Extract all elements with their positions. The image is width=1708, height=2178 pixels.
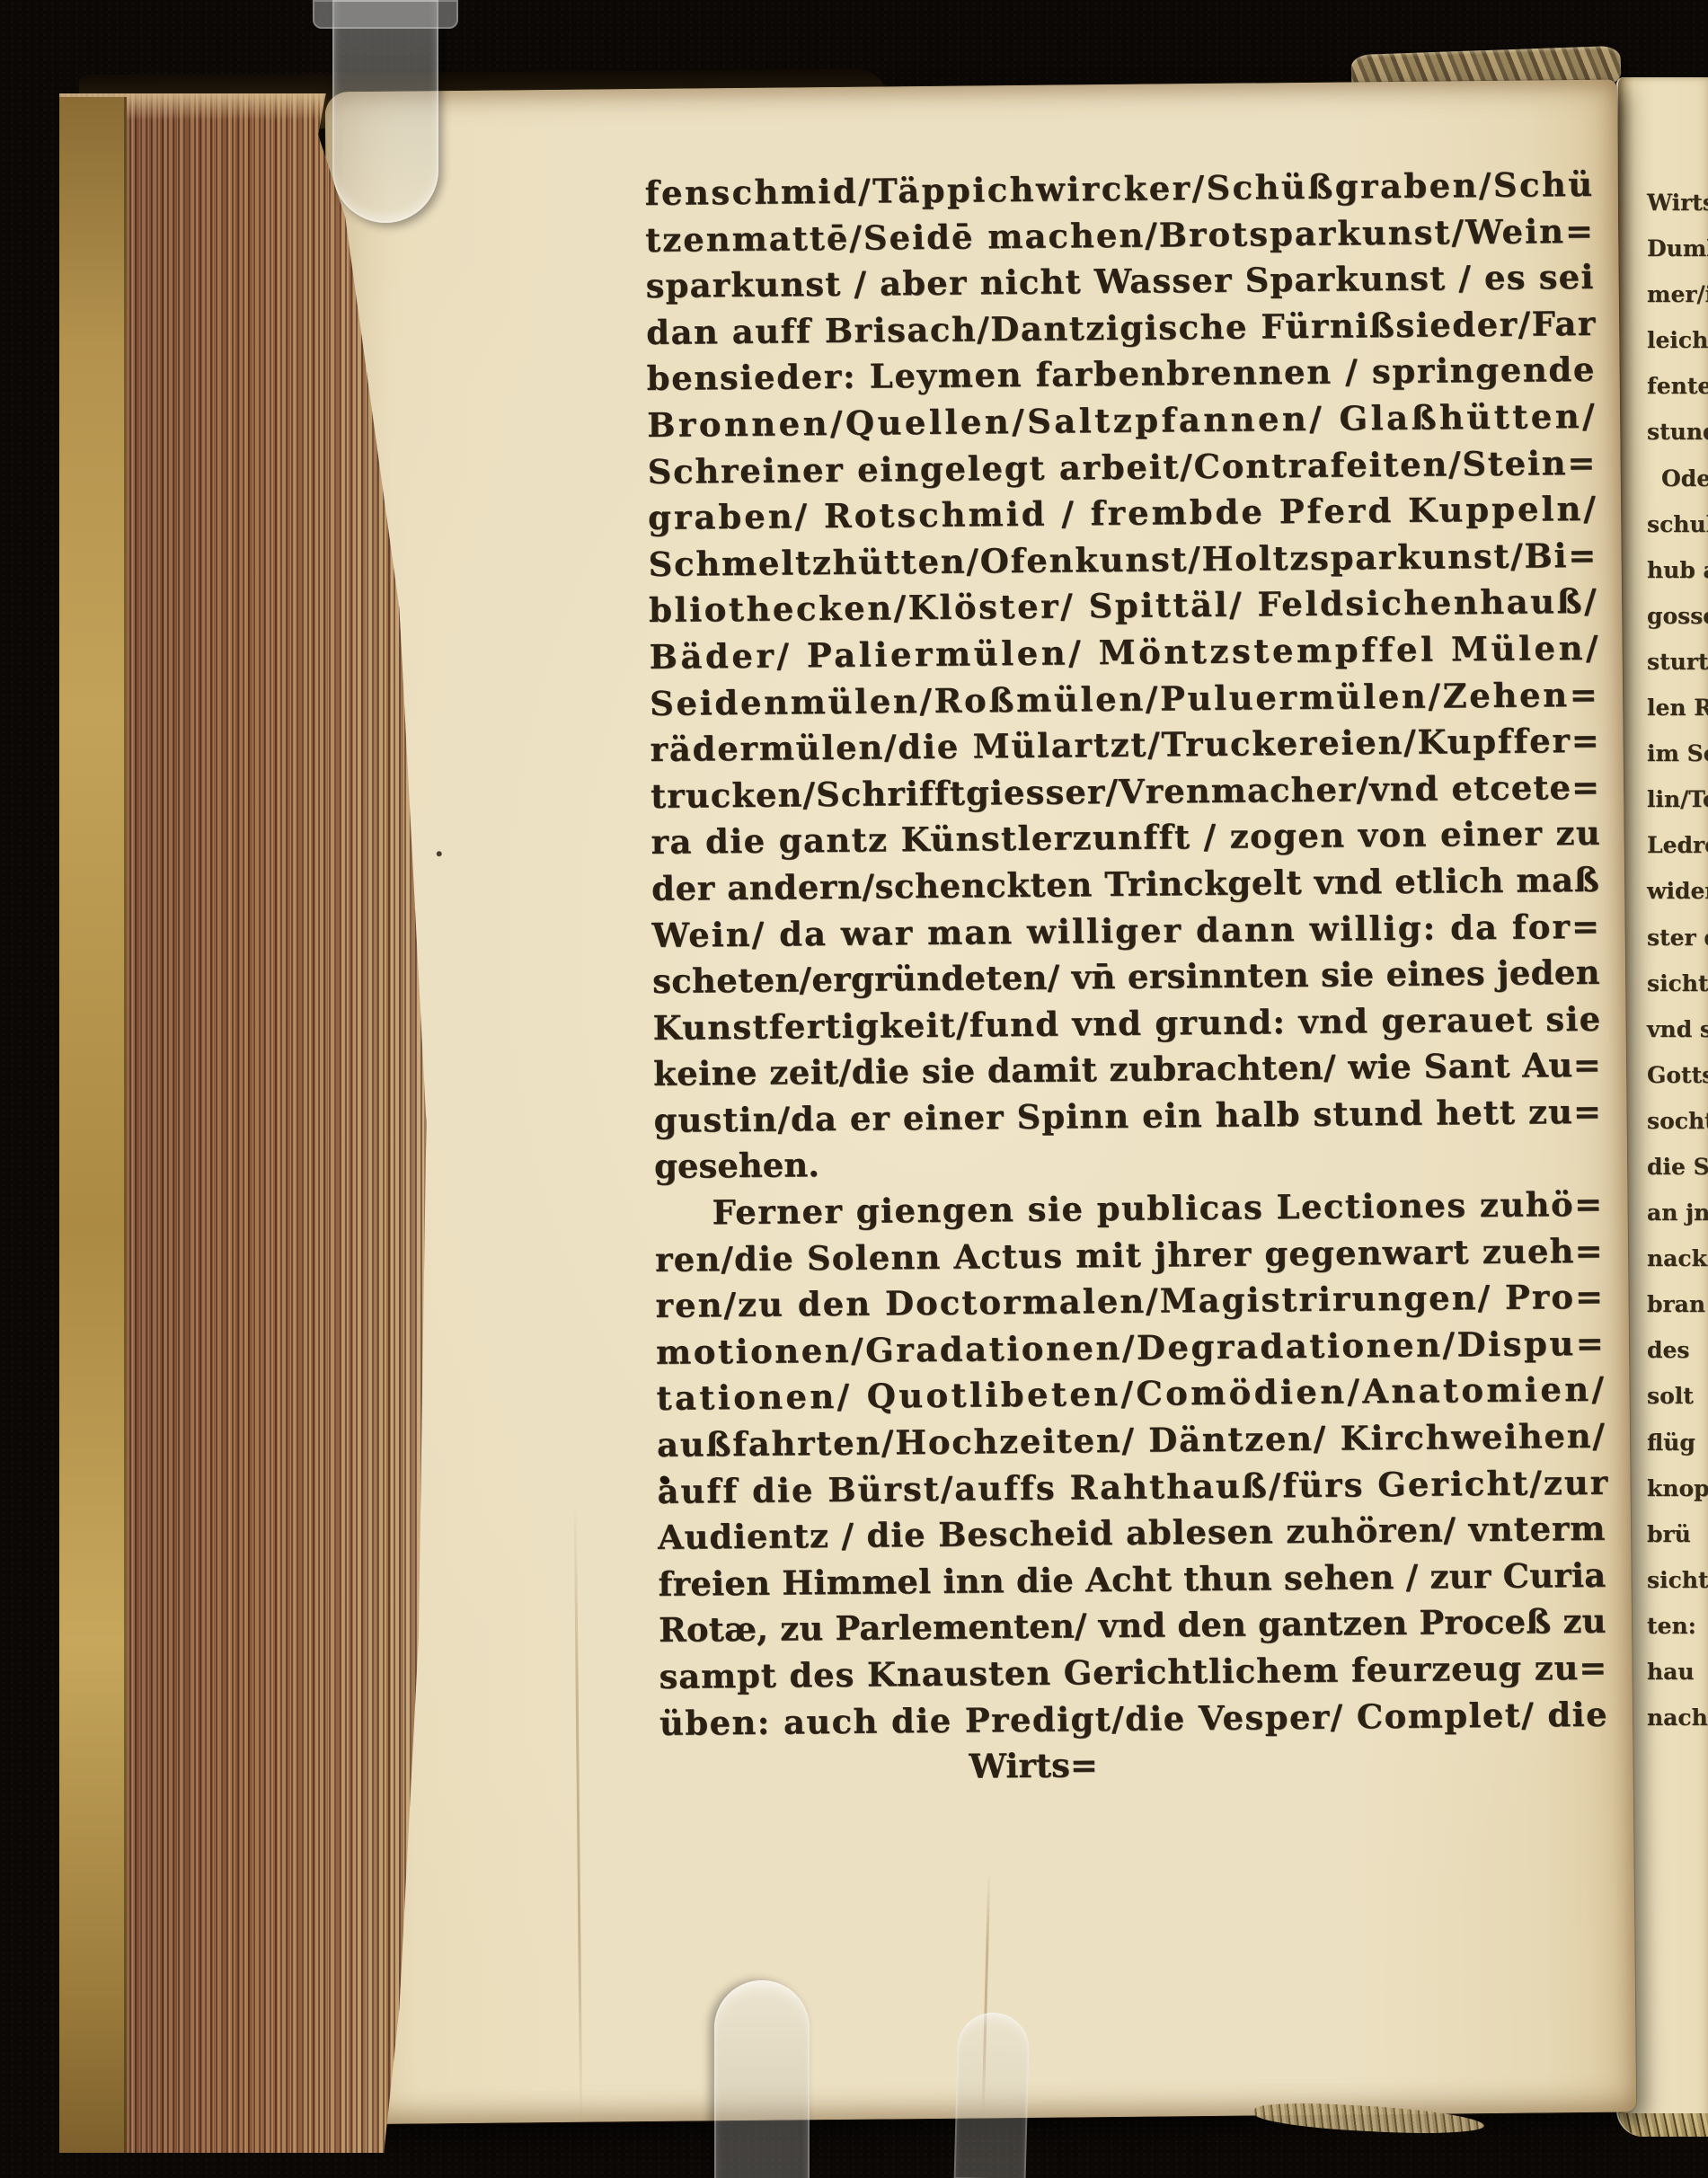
- adjacent-text-line: fentersch: [1647, 363, 1708, 409]
- adjacent-text-line: nach: [1647, 1695, 1708, 1740]
- holding-strap-top: [332, 0, 438, 223]
- adjacent-text-line: hau: [1647, 1649, 1708, 1695]
- adjacent-text-line: brü: [1647, 1511, 1708, 1557]
- holding-strap-top-head: [313, 0, 458, 29]
- adjacent-text-line: Gotts: [1647, 1052, 1708, 1098]
- paper-crease: [574, 1506, 583, 2126]
- adjacent-text-line: len Rit: [1647, 685, 1708, 730]
- adjacent-text-line: gossen/: [1647, 593, 1708, 639]
- adjacent-text-line: sicht: [1647, 1557, 1708, 1603]
- adjacent-text-line: ten:: [1647, 1603, 1708, 1649]
- adjacent-text-line: lin/Tol: [1647, 776, 1708, 822]
- adjacent-text-line: wider d: [1647, 868, 1708, 914]
- adjacent-text-line: hub auf: [1647, 547, 1708, 593]
- adjacent-text-line: des: [1647, 1327, 1708, 1373]
- adjacent-text-line: schulen: [1647, 501, 1708, 547]
- adjacent-text-line: solt: [1647, 1373, 1708, 1419]
- adjacent-text-line: bran: [1647, 1281, 1708, 1327]
- adjacent-text-line: ster des: [1647, 915, 1708, 961]
- adjacent-text-line: vnd so: [1647, 1006, 1708, 1052]
- vellum-binding-edge: [59, 97, 127, 2156]
- adjacent-page-frayed-edge: [1618, 2113, 1708, 2137]
- adjacent-text-line: Wirtsh: [1647, 180, 1708, 226]
- adjacent-text-line: sicht w: [1647, 961, 1708, 1006]
- holding-strap-bottom-right: [954, 2012, 1031, 2178]
- adjacent-text-line: leichna: [1647, 317, 1708, 363]
- adjacent-text-line: an jn: [1647, 1190, 1708, 1235]
- text-block: fenschmid/Täppichwircker/Schüßgraben/Sch…: [645, 164, 1608, 1796]
- adjacent-text-line: flüg: [1647, 1420, 1708, 1465]
- adjacent-text-line: Dumhö: [1647, 226, 1708, 271]
- adjacent-text-line: mer/inn: [1647, 271, 1708, 317]
- ink-speck: [437, 851, 442, 856]
- holding-strap-bottom-left: [714, 1980, 810, 2178]
- adjacent-text-line: sturtz/le: [1647, 639, 1708, 685]
- adjacent-text-line: socht v: [1647, 1098, 1708, 1144]
- adjacent-text-line: die S: [1647, 1144, 1708, 1190]
- adjacent-text-line: stund.: [1647, 409, 1708, 455]
- photographed-book-spread: { "main_text": { "paragraphs": [ { "inde…: [0, 0, 1708, 2178]
- adjacent-text-line: Ledren: [1647, 822, 1708, 868]
- adjacent-text-line: Oder: [1647, 456, 1708, 501]
- catchword: Wirts=: [659, 1740, 1607, 1796]
- adjacent-text-line: im Sch: [1647, 730, 1708, 776]
- adjacent-fragments: WirtshDumhömer/innleichnafenterschstund.…: [1647, 180, 1708, 1740]
- adjacent-text-line: nacke: [1647, 1235, 1708, 1281]
- adjacent-text-line: knop: [1647, 1465, 1708, 1511]
- book-page: fenschmid/Täppichwircker/Schüßgraben/Sch…: [325, 80, 1637, 2125]
